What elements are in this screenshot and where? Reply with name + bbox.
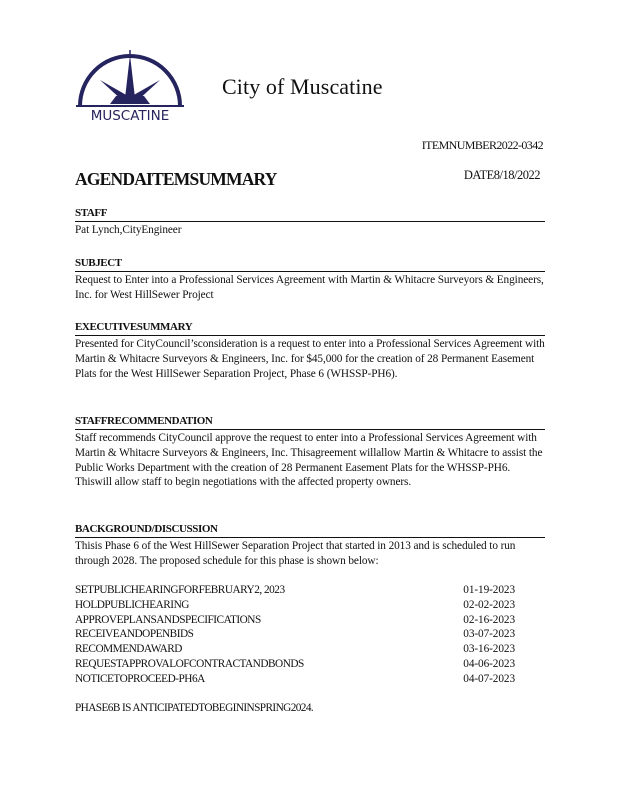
page-title: AGENDAITEMSUMMARY	[75, 169, 277, 190]
item-number: ITEMNUMBER2022-0342	[422, 138, 543, 153]
section-heading: BACKGROUND/DISCUSSION	[75, 523, 545, 538]
compass-star-icon: MUSCATINE	[74, 50, 186, 122]
schedule-date: 02-02-2023	[455, 598, 515, 613]
schedule-row: HOLDPUBLICHEARING02-02-2023	[75, 598, 515, 613]
section-body: Presented for CityCouncil’sconsideration…	[75, 337, 545, 381]
date: DATE8/18/2022	[464, 168, 540, 183]
schedule-date: 02-16-2023	[455, 613, 515, 628]
section-staff-recommendation: STAFFRECOMMENDATION Staff recommends Cit…	[75, 415, 545, 490]
svg-text:MUSCATINE: MUSCATINE	[91, 108, 170, 122]
section-background: BACKGROUND/DISCUSSION Thisis Phase 6 of …	[75, 523, 545, 569]
schedule-task: SETPUBLICHEARINGFORFEBRUARY2, 2023	[75, 583, 285, 598]
schedule-table: SETPUBLICHEARINGFORFEBRUARY2, 202301-19-…	[75, 583, 515, 687]
section-heading: STAFF	[75, 207, 545, 222]
schedule-task: REQUESTAPPROVALOFCONTRACTANDBONDS	[75, 657, 304, 672]
section-heading: SUBJECT	[75, 257, 545, 272]
schedule-task: NOTICETOPROCEED-PH6A	[75, 672, 205, 687]
section-subject: SUBJECT Request to Enter into a Professi…	[75, 257, 545, 303]
schedule-task: RECOMMENDAWARD	[75, 642, 182, 657]
schedule-date: 04-06-2023	[455, 657, 515, 672]
schedule-row: REQUESTAPPROVALOFCONTRACTANDBONDS04-06-2…	[75, 657, 515, 672]
section-executive-summary: EXECUTIVESUMMARY Presented for CityCounc…	[75, 321, 545, 381]
schedule-row: SETPUBLICHEARINGFORFEBRUARY2, 202301-19-…	[75, 583, 515, 598]
section-body: Staff recommends CityCouncil approve the…	[75, 431, 545, 490]
section-body: Thisis Phase 6 of the West HillSewer Sep…	[75, 539, 545, 569]
section-body: Pat Lynch,CityEngineer	[75, 223, 545, 238]
schedule-task: HOLDPUBLICHEARING	[75, 598, 189, 613]
schedule-task: APPROVEPLANSANDSPECIFICATIONS	[75, 613, 261, 628]
muscatine-logo: MUSCATINE	[74, 50, 186, 122]
schedule-row: APPROVEPLANSANDSPECIFICATIONS02-16-2023	[75, 613, 515, 628]
schedule-date: 01-19-2023	[455, 583, 515, 598]
schedule-date: 03-16-2023	[455, 642, 515, 657]
schedule-task: RECEIVEANDOPENBIDS	[75, 627, 193, 642]
schedule-date: 04-07-2023	[455, 672, 515, 687]
section-staff: STAFF Pat Lynch,CityEngineer	[75, 207, 545, 238]
schedule-date: 03-07-2023	[455, 627, 515, 642]
schedule-row: NOTICETOPROCEED-PH6A04-07-2023	[75, 672, 515, 687]
city-title: City of Muscatine	[222, 74, 383, 100]
section-heading: EXECUTIVESUMMARY	[75, 321, 545, 336]
section-heading: STAFFRECOMMENDATION	[75, 415, 545, 430]
section-body: Request to Enter into a Professional Ser…	[75, 273, 545, 303]
footer-note: PHASE6B IS ANTICIPATEDTOBEGININSPRING202…	[75, 702, 313, 714]
schedule-row: RECOMMENDAWARD03-16-2023	[75, 642, 515, 657]
schedule-row: RECEIVEANDOPENBIDS03-07-2023	[75, 627, 515, 642]
